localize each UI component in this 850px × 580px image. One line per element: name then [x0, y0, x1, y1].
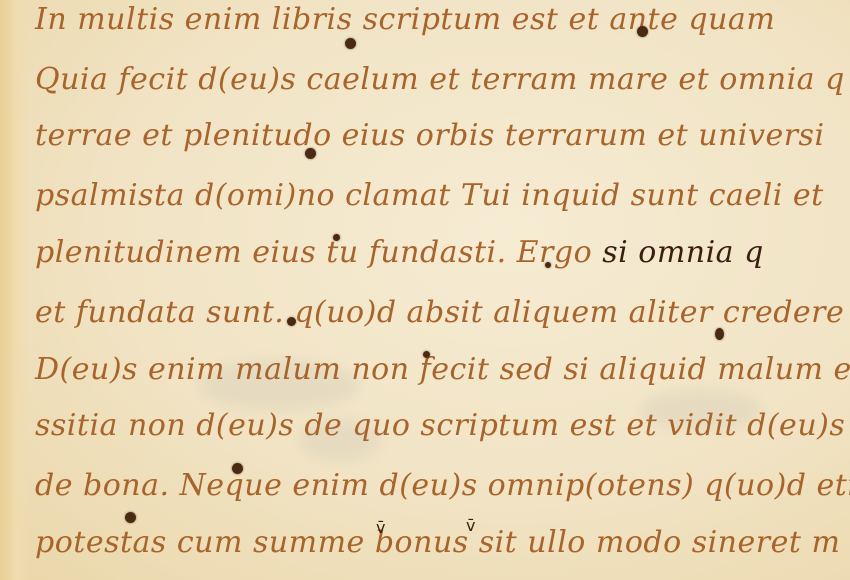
manuscript-line: plenitudinem eius tu fundasti. Ergo si o…	[35, 235, 764, 270]
worm-hole	[333, 234, 340, 241]
manuscript-line: terrae et plenitudo eius orbis terrarum …	[35, 118, 825, 153]
manuscript-text: plenitudinem eius tu fundasti. Ergo	[35, 235, 592, 270]
worm-hole	[305, 148, 316, 159]
worm-hole	[715, 328, 724, 340]
abbreviation-mark: v̄	[466, 516, 475, 535]
manuscript-line: potestas cum summe bonus sit ullo modo s…	[35, 525, 840, 560]
manuscript-line: ssitia non d(eu)s de quo scriptum est et…	[35, 408, 850, 443]
worm-hole	[287, 317, 296, 326]
manuscript-line: In multis enim libris scriptum est et an…	[35, 2, 775, 37]
manuscript-line: et fundata sunt. q(uo)d absit aliquem al…	[35, 295, 844, 330]
worm-hole	[345, 38, 356, 49]
later-hand-text: si omnia q	[602, 235, 764, 270]
manuscript-line: Quia fecit d(eu)s caelum et terram mare …	[35, 62, 845, 97]
worm-hole	[637, 26, 648, 37]
worm-hole	[423, 351, 430, 358]
manuscript-line: psalmista d(omi)no clamat Tui inquid sun…	[35, 178, 824, 213]
abbreviation-mark: v̄	[376, 518, 385, 537]
manuscript-line: D(eu)s enim malum non fecit sed si aliqu…	[35, 352, 850, 387]
worm-hole	[545, 262, 551, 268]
manuscript-page: In multis enim libris scriptum est et an…	[0, 0, 850, 580]
manuscript-line: de bona. Neque enim d(eu)s omnip(otens) …	[35, 468, 850, 503]
worm-hole	[125, 512, 136, 523]
worm-hole	[232, 463, 243, 474]
